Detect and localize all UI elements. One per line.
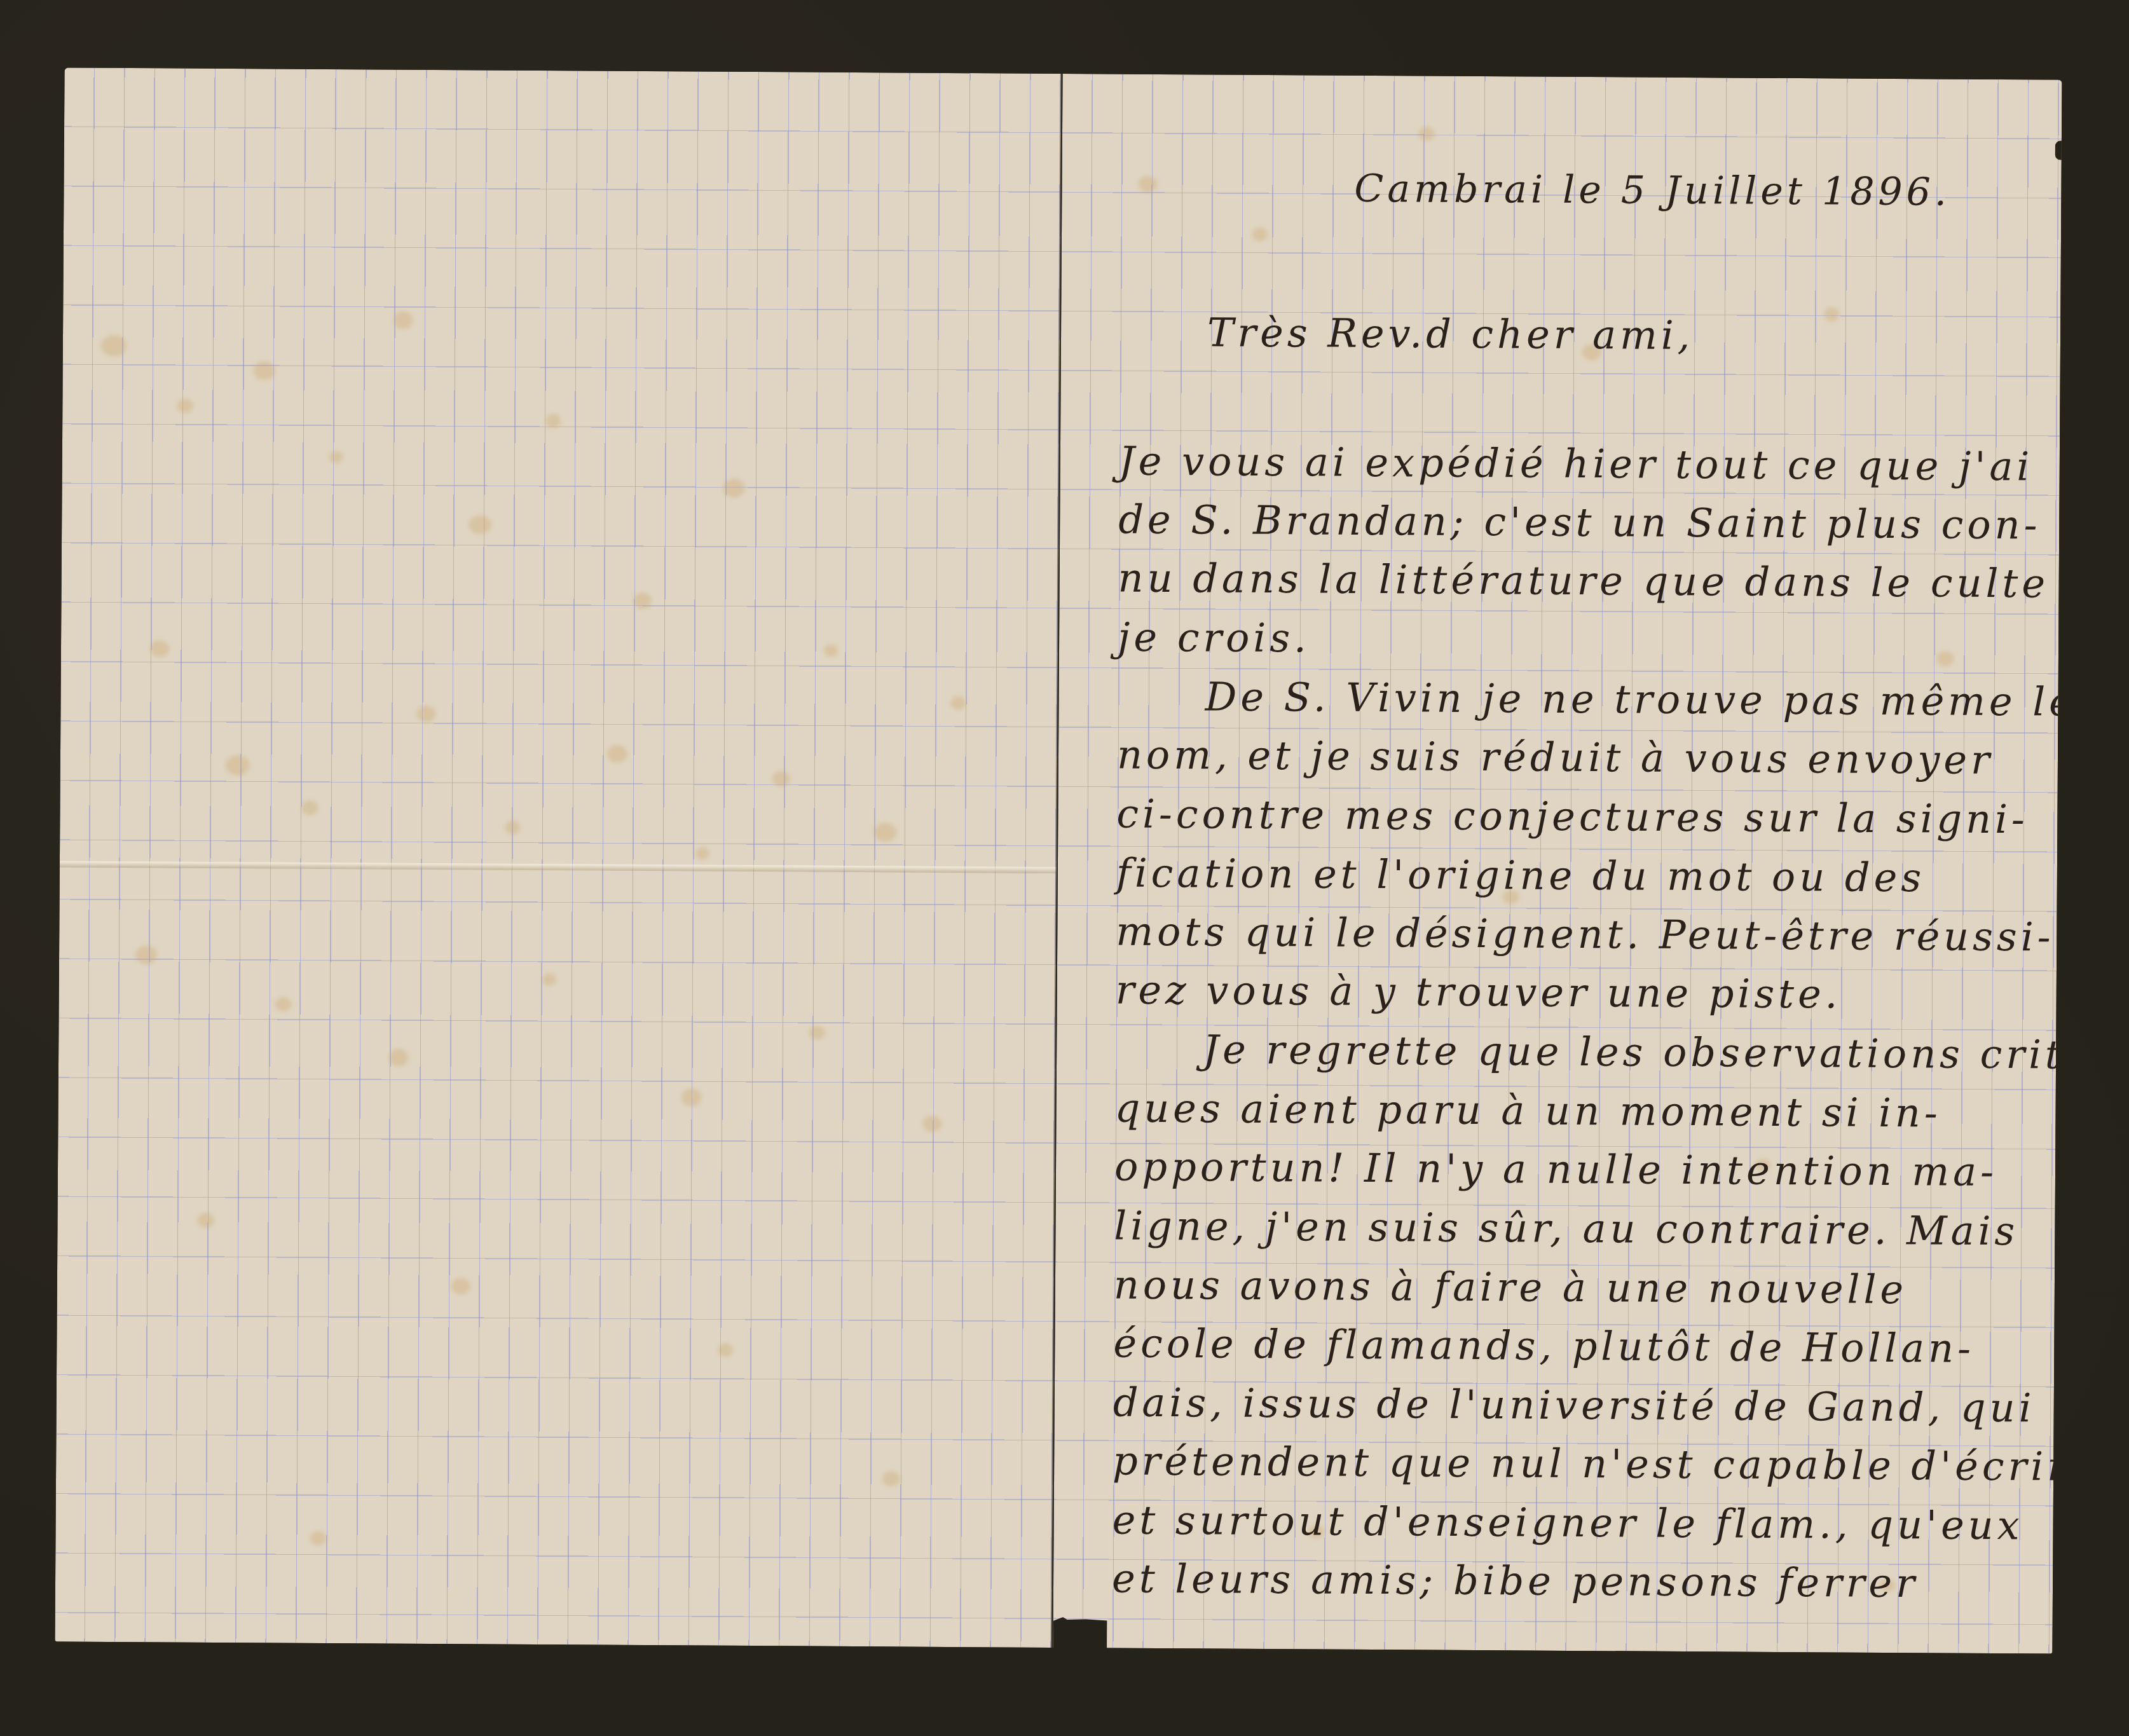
letter-salutation: Très Rev.d cher ami, <box>1207 313 1694 355</box>
foxing-stains <box>55 67 1061 1648</box>
letter-line: dais, issus de l'université de Gand, qui <box>1113 1383 2036 1428</box>
letter-line: rez vous à y trouver une piste. <box>1116 971 1842 1015</box>
letter-line: de S. Brandan; c'est un Saint plus con- <box>1118 500 2041 545</box>
letter-line: je crois. <box>1118 618 1310 659</box>
right-page-letter: Cambrai le 5 Juillet 1896. Très Rev.d ch… <box>1053 74 2062 1654</box>
letter-line: fication et l'origine du mot ou des <box>1116 854 1926 898</box>
letter-line: nous avons à faire à une nouvelle <box>1114 1266 1907 1310</box>
letter-line: école de flamands, plutôt de Hollan- <box>1113 1324 1975 1369</box>
letter-line: De S. Vivin je ne trouve pas même le <box>1205 677 2062 721</box>
letter-line: nu dans la littérature que dans le culte <box>1118 559 2050 604</box>
paper-edge-notch <box>2055 141 2062 160</box>
letter-line: et leurs amis; bibe pensons ferrer <box>1112 1559 1919 1604</box>
letter-dateline: Cambrai le 5 Juillet 1896. <box>1354 170 1950 212</box>
letter-line: ci-contre mes conjectures sur la signi- <box>1116 795 2029 840</box>
paper-tear <box>1053 1617 1107 1650</box>
left-page-blank <box>55 67 1061 1648</box>
letter-line: Je regrette que les observations criti- <box>1203 1030 2062 1075</box>
letter-line: prétendent que nul n'est capable d'écrir… <box>1112 1442 2062 1487</box>
letter-sheet: Cambrai le 5 Juillet 1896. Très Rev.d ch… <box>55 67 2062 1653</box>
letter-text: Cambrai le 5 Juillet 1896. Très Rev.d ch… <box>1053 74 2062 1654</box>
letter-line: opportun! Il n'y a nulle intention ma- <box>1114 1147 1997 1192</box>
letter-line: ligne, j'en suis sûr, au contraire. Mais <box>1114 1206 2018 1252</box>
letter-line: nom, et je suis réduit à vous envoyer <box>1117 735 1994 780</box>
letter-line: Je vous ai expédié hier tout ce que j'ai <box>1119 442 2034 487</box>
letter-line: ques aient paru à un moment si in- <box>1114 1089 1941 1133</box>
letter-line: et surtout d'enseigner le flam., qu'eux <box>1112 1501 2023 1546</box>
letter-line: mots qui le désignent. Peut-être réussi- <box>1116 912 2055 957</box>
horizontal-fold-crease <box>60 861 1057 873</box>
